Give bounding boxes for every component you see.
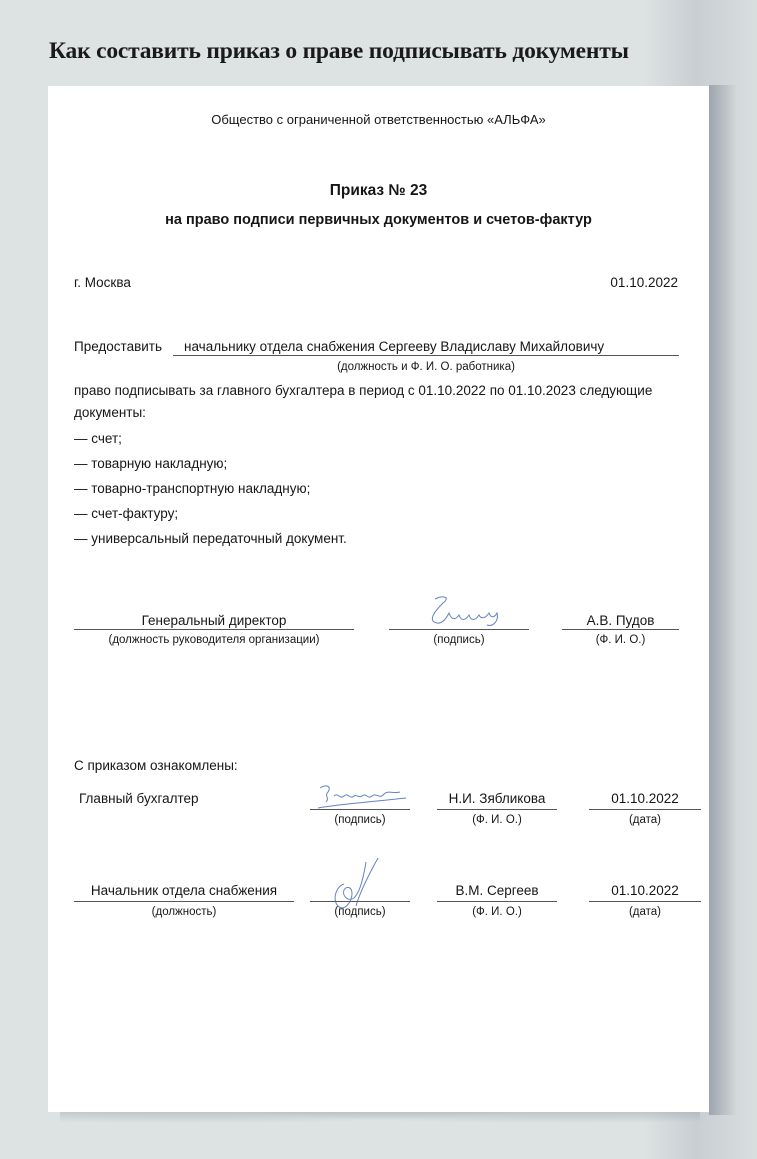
grant-label: Предоставить: [74, 339, 162, 354]
director-signature-line: [389, 629, 529, 630]
ack-2-date: 01.10.2022: [589, 883, 701, 898]
body-line-2: документы:: [74, 405, 146, 420]
list-item: — товарную накладную;: [74, 456, 227, 471]
director-signature-caption: (подпись): [389, 634, 529, 646]
ack-2-position-line: [74, 901, 294, 902]
acknowledged-label: С приказом ознакомлены:: [74, 758, 238, 773]
director-name-caption: (Ф. И. О.): [562, 634, 679, 646]
city: г. Москва: [74, 275, 131, 290]
ack-2-position: Начальник отдела снабжения: [74, 883, 294, 898]
list-item: — счет;: [74, 431, 122, 446]
list-item: — товарно-транспортную накладную;: [74, 481, 310, 496]
order-date: 01.10.2022: [610, 275, 678, 290]
ack-1-date-line: [589, 809, 701, 810]
ack-2-position-caption: (должность): [74, 906, 294, 918]
grant-value: начальнику отдела снабжения Сергееву Вла…: [184, 339, 604, 354]
ack-1-name: Н.И. Зябликова: [437, 791, 557, 806]
list-item: — счет-фактуру;: [74, 506, 178, 521]
ack-2-signature-caption: (подпись): [310, 906, 410, 918]
ack-1-name-line: [437, 809, 557, 810]
order-subtitle: на право подписи первичных документов и …: [48, 212, 709, 228]
director-position-line: [74, 629, 354, 630]
ack-1-signature-line: [310, 809, 410, 810]
ack-1-position: Главный бухгалтер: [79, 791, 199, 806]
director-signature-icon: [413, 591, 513, 631]
ack-2-name-caption: (Ф. И. О.): [437, 906, 557, 918]
ack-2-date-caption: (дата): [589, 906, 701, 918]
ack-2-signature-line: [310, 901, 410, 902]
order-title: Приказ № 23: [48, 182, 709, 200]
page-shadow-right: [709, 85, 737, 1115]
ack-1-date-caption: (дата): [589, 814, 701, 826]
ack-2-name: В.М. Сергеев: [437, 883, 557, 898]
organization-name: Общество с ограниченной ответственностью…: [48, 112, 709, 127]
director-position-caption: (должность руководителя организации): [74, 634, 354, 646]
ack-1-signature-caption: (подпись): [310, 814, 410, 826]
ack-2-date-line: [589, 901, 701, 902]
director-position: Генеральный директор: [74, 613, 354, 628]
page-heading: Как составить приказ о праве подписывать…: [49, 38, 629, 65]
director-name-line: [562, 629, 679, 630]
ack-1-date: 01.10.2022: [589, 791, 701, 806]
document-sheet: Общество с ограниченной ответственностью…: [48, 86, 709, 1112]
ack-1-name-caption: (Ф. И. О.): [437, 814, 557, 826]
grant-underline: [173, 355, 679, 356]
director-name: А.В. Пудов: [562, 613, 679, 628]
grant-caption: (должность и Ф. И. О. работника): [173, 361, 679, 373]
body-line-1: право подписывать за главного бухгалтера…: [74, 383, 652, 398]
list-item: — универсальный передаточный документ.: [74, 531, 347, 546]
ack-2-name-line: [437, 901, 557, 902]
